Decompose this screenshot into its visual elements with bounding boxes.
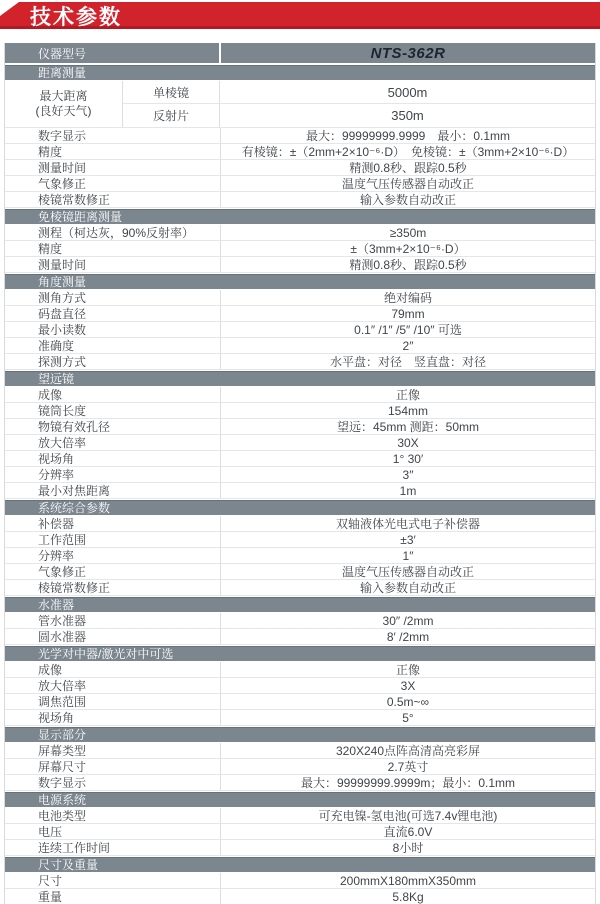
spec-row: 测量时间精测0.8秒、跟踪0.5秒 [5,160,595,176]
spec-row: 气象修正温度气压传感器自动改正 [5,564,595,580]
spec-value: 正像 [221,387,595,402]
spec-value: 5.8Kg [221,889,595,904]
spec-label: 工作范围 [5,532,221,547]
spec-value: 输入参数自动改正 [221,192,595,207]
model-label: 仪器型号 [5,43,221,63]
section-header: 系统综合参数 [5,499,595,516]
spec-row: 镜筒长度154mm [5,403,595,419]
section-header: 距离测量 [5,64,595,81]
spec-label: 电池类型 [5,808,221,823]
spec-value: 可充电镍-氢电池(可选7.4v锂电池) [221,808,595,823]
spec-row: 测角方式绝对编码 [5,290,595,306]
spec-label: 成像 [5,387,221,402]
merged-row-label: 最大距离(良好天气) [5,81,123,127]
spec-label: 数字显示 [5,775,221,790]
spec-value: 绝对编码 [221,290,595,305]
spec-row: 探测方式水平盘：对径 竖直盘：对径 [5,354,595,370]
spec-value: ≥350m [221,225,595,240]
spec-value: 输入参数自动改正 [221,580,595,595]
spec-row: 棱镜常数修正输入参数自动改正 [5,580,595,596]
spec-value: 320X240点阵高清高亮彩屏 [221,743,595,758]
section-header: 光学对中器/激光对中可选 [5,645,595,662]
spec-value: 1″ [221,548,595,563]
spec-value: 最大：99999999.9999m；最小：0.1mm [221,775,595,790]
spec-row: 测量时间精测0.8秒、跟踪0.5秒 [5,257,595,273]
spec-row: 连续工作时间8小时 [5,840,595,856]
section-header: 望远镜 [5,370,595,387]
spec-label: 调焦范围 [5,694,221,709]
spec-value: 3″ [221,467,595,482]
spec-row: 最小对焦距离1m [5,483,595,499]
spec-label: 探测方式 [5,354,221,369]
spec-label: 屏幕类型 [5,743,221,758]
spec-row: 屏幕类型320X240点阵高清高亮彩屏 [5,743,595,759]
spec-label: 数字显示 [5,128,221,143]
spec-row: 视场角1° 30′ [5,451,595,467]
spec-label: 重量 [5,889,221,904]
spec-row: 棱镜常数修正输入参数自动改正 [5,192,595,208]
spec-value: 79mm [221,306,595,321]
spec-label: 屏幕尺寸 [5,759,221,774]
spec-row: 精度有棱镜：±（2mm+2×10⁻⁶·D） 免棱镜：±（3mm+2×10⁻⁶·D… [5,144,595,160]
spec-label: 电压 [5,824,221,839]
page-title: 技术参数 [30,1,122,31]
spec-value: 最大：99999999.9999 最小：0.1mm [221,128,595,143]
spec-label: 尺寸 [5,873,221,888]
merged-row-label-line1: 最大距离 [39,89,87,104]
spec-value: 0.5m~∞ [221,694,595,709]
spec-label: 准确度 [5,338,221,353]
spec-table: 仪器型号NTS-362R距离测量最大距离(良好天气)单棱镜5000m反射片350… [4,43,596,904]
spec-value: 2″ [221,338,595,353]
spec-row: 管水准器30″ /2mm [5,613,595,629]
spec-row: 工作范围±3′ [5,532,595,548]
spec-row: 调焦范围0.5m~∞ [5,694,595,710]
spec-row: 物镜有效孔径望远：45mm 测距：50mm [5,419,595,435]
spec-row: 重量5.8Kg [5,889,595,904]
spec-label: 成像 [5,662,221,677]
spec-row: 视场角5° [5,710,595,726]
section-header: 角度测量 [5,273,595,290]
spec-value: 30″ /2mm [221,613,595,628]
spec-value: 0.1″ /1″ /5″ /10″ 可选 [221,322,595,337]
spec-value: 水平盘：对径 竖直盘：对径 [221,354,595,369]
spec-value: 望远：45mm 测距：50mm [221,419,595,434]
sub-row-value: 5000m [220,81,595,103]
section-header: 免棱镜距离测量 [5,208,595,225]
merged-row-label-line2: (良好天气) [36,104,92,119]
spec-value: 154mm [221,403,595,418]
spec-label: 气象修正 [5,176,221,191]
section-header: 尺寸及重量 [5,856,595,873]
spec-row: 圆水准器8′ /2mm [5,629,595,645]
spec-label: 精度 [5,241,221,256]
section-header: 显示部分 [5,726,595,743]
spec-value: 有棱镜：±（2mm+2×10⁻⁶·D） 免棱镜：±（3mm+2×10⁻⁶·D） [221,144,595,159]
spec-value: 精测0.8秒、跟踪0.5秒 [221,257,595,272]
spec-row: 电池类型可充电镍-氢电池(可选7.4v锂电池) [5,808,595,824]
spec-sub-row: 单棱镜5000m [123,81,595,104]
spec-label: 棱镜常数修正 [5,580,221,595]
spec-row: 数字显示最大：99999999.9999 最小：0.1mm [5,128,595,144]
spec-row: 尺寸200mmX180mmX350mm [5,873,595,889]
spec-row: 测程（柯达灰，90%反射率）≥350m [5,225,595,241]
spec-sub-row: 反射片350m [123,104,595,127]
spec-value: 200mmX180mmX350mm [221,873,595,888]
model-row: 仪器型号NTS-362R [5,43,595,64]
spec-value: 3X [221,678,595,693]
spec-row: 成像正像 [5,387,595,403]
spec-value: 1m [221,483,595,498]
merged-sub-rows: 单棱镜5000m反射片350m [123,81,595,127]
spec-label: 分辨率 [5,548,221,563]
spec-value: 温度气压传感器自动改正 [221,564,595,579]
spec-label: 放大倍率 [5,435,221,450]
spec-row: 精度±（3mm+2×10⁻⁶·D） [5,241,595,257]
spec-label: 物镜有效孔径 [5,419,221,434]
spec-label: 精度 [5,144,221,159]
spec-value: 温度气压传感器自动改正 [221,176,595,191]
spec-value: 2.7英寸 [221,759,595,774]
model-value: NTS-362R [221,43,595,63]
spec-row: 补偿器双轴液体光电式电子补偿器 [5,516,595,532]
spec-row: 成像正像 [5,662,595,678]
spec-row: 放大倍率3X [5,678,595,694]
spec-label: 最小读数 [5,322,221,337]
sub-row-value: 350m [220,104,595,127]
spec-row: 屏幕尺寸2.7英寸 [5,759,595,775]
spec-value: 30X [221,435,595,450]
spec-row: 电压直流6.0V [5,824,595,840]
spec-label: 视场角 [5,451,221,466]
section-header: 电源系统 [5,791,595,808]
spec-label: 测程（柯达灰，90%反射率） [5,225,221,240]
spec-sheet-page: 技术参数 仪器型号NTS-362R距离测量最大距离(良好天气)单棱镜5000m反… [0,0,600,904]
spec-value: 精测0.8秒、跟踪0.5秒 [221,160,595,175]
spec-label: 气象修正 [5,564,221,579]
sub-row-label: 反射片 [123,104,220,127]
spec-row: 放大倍率30X [5,435,595,451]
spec-value: 8′ /2mm [221,629,595,644]
spec-value: 正像 [221,662,595,677]
spec-label: 圆水准器 [5,629,221,644]
spec-row: 分辨率1″ [5,548,595,564]
spec-row: 准确度2″ [5,338,595,354]
spec-value: 5° [221,710,595,725]
spec-label: 测量时间 [5,257,221,272]
spec-label: 连续工作时间 [5,840,221,855]
spec-value: 直流6.0V [221,824,595,839]
spec-label: 分辨率 [5,467,221,482]
spec-label: 镜筒长度 [5,403,221,418]
spec-value: 8小时 [221,840,595,855]
spec-row: 气象修正温度气压传感器自动改正 [5,176,595,192]
section-header: 水准器 [5,596,595,613]
spec-label: 测量时间 [5,160,221,175]
spec-value: ±3′ [221,532,595,547]
spec-label: 棱镜常数修正 [5,192,221,207]
spec-label: 放大倍率 [5,678,221,693]
page-title-banner: 技术参数 [0,2,600,29]
spec-row: 数字显示最大：99999999.9999m；最小：0.1mm [5,775,595,791]
spec-value: 1° 30′ [221,451,595,466]
spec-row: 分辨率3″ [5,467,595,483]
merged-spec-block: 最大距离(良好天气)单棱镜5000m反射片350m [5,81,595,128]
sub-row-label: 单棱镜 [123,81,220,103]
spec-label: 最小对焦距离 [5,483,221,498]
spec-row: 最小读数0.1″ /1″ /5″ /10″ 可选 [5,322,595,338]
spec-label: 测角方式 [5,290,221,305]
spec-label: 补偿器 [5,516,221,531]
spec-value: 双轴液体光电式电子补偿器 [221,516,595,531]
spec-row: 码盘直径79mm [5,306,595,322]
spec-label: 码盘直径 [5,306,221,321]
spec-value: ±（3mm+2×10⁻⁶·D） [221,241,595,256]
spec-label: 视场角 [5,710,221,725]
spec-label: 管水准器 [5,613,221,628]
